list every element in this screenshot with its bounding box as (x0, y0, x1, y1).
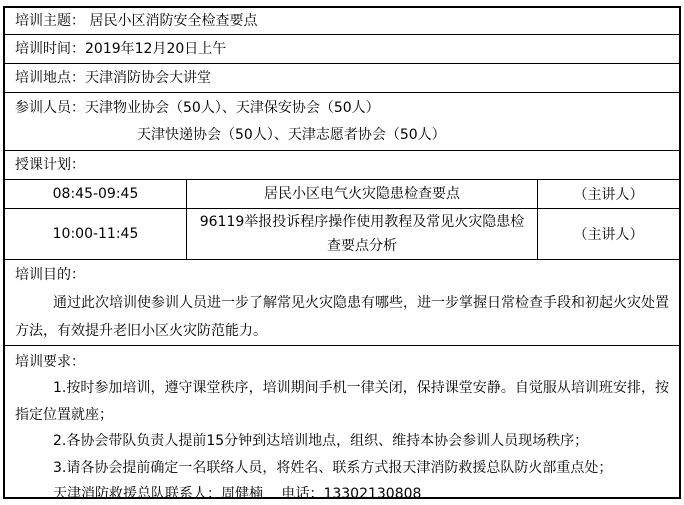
training-location-text: 培训地点：天津消防协会大讲堂 (15, 70, 211, 86)
participants-line-1: 参训人员：天津物业协会（50人）、天津保安协会（50人） (15, 95, 679, 122)
training-requirements-label: 培训要求： (15, 349, 669, 375)
contact-info-text: 天津消防救援总队联系人：周健楠 电话：13302130808 (15, 481, 669, 497)
schedule-row-1: 08:45-09:45 居民小区电气火灾隐患检查要点 （主讲人） (5, 180, 679, 209)
schedule-1-topic: 居民小区电气火灾隐患检查要点 (187, 180, 538, 208)
schedule-row-2: 10:00-11:45 96119举报投诉程序操作使用教程及常见火灾隐患检查要点… (5, 209, 679, 260)
schedule-2-topic: 96119举报投诉程序操作使用教程及常见火灾隐患检查要点分析 (187, 209, 538, 259)
course-plan-label: 授课计划： (15, 157, 85, 173)
row-training-location: 培训地点：天津消防协会大讲堂 (5, 64, 679, 93)
requirement-item-2: 2.各协会带队负责人提前15分钟到达培训地点，组织、维持本协会参训人员现场秩序； (15, 428, 669, 455)
training-purpose-text: 通过此次培训使参训人员进一步了解常见火灾隐患有哪些，进一步掌握日常检查手段和初起… (15, 289, 669, 345)
section-training-purpose: 培训目的： 通过此次培训使参训人员进一步了解常见火灾隐患有哪些，进一步掌握日常检… (5, 260, 679, 346)
requirement-item-1: 1.按时参加培训，遵守课堂秩序，培训期间手机一律关闭，保持课堂安静。自觉服从培训… (15, 375, 669, 428)
schedule-2-speaker: （主讲人） (538, 209, 679, 259)
row-training-time: 培训时间：2019年12月20日上午 (5, 35, 679, 64)
training-purpose-label: 培训目的： (15, 262, 669, 289)
training-time-text: 培训时间：2019年12月20日上午 (15, 41, 226, 57)
schedule-1-speaker: （主讲人） (538, 180, 679, 208)
requirement-item-3: 3.请各协会提前确定一名联络人员，将姓名、联系方式报天津消防救援总队防火部重点处… (15, 455, 669, 482)
schedule-1-time: 08:45-09:45 (5, 180, 187, 208)
row-course-plan-label: 授课计划： (5, 151, 679, 180)
row-training-topic: 培训主题： 居民小区消防安全检查要点 (5, 8, 679, 35)
page-background: { "colors": { "border": "#000000", "text… (0, 0, 684, 505)
schedule-2-time: 10:00-11:45 (5, 209, 187, 259)
section-training-requirements: 培训要求： 1.按时参加培训，遵守课堂秩序，培训期间手机一律关闭，保持课堂安静。… (5, 346, 679, 497)
training-topic-text: 培训主题： 居民小区消防安全检查要点 (15, 13, 257, 29)
training-notice-table: 培训主题： 居民小区消防安全检查要点 培训时间：2019年12月20日上午 培训… (3, 6, 681, 499)
row-participants: 参训人员：天津物业协会（50人）、天津保安协会（50人） 天津快递协会（50人）… (5, 93, 679, 151)
participants-line-2: 天津快递协会（50人）、天津志愿者协会（50人） (137, 122, 679, 149)
